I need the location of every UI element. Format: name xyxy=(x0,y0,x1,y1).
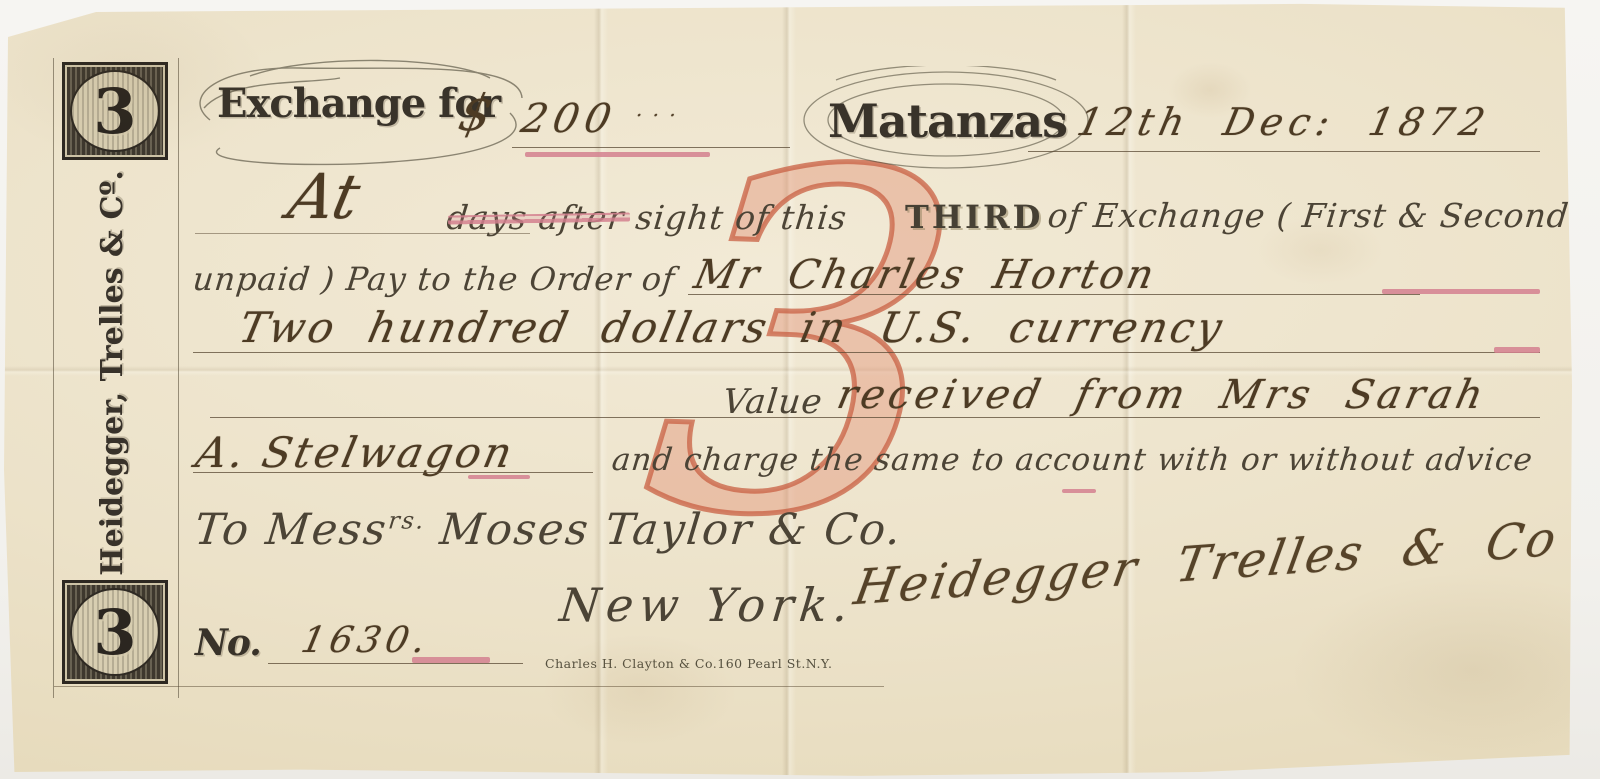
value-label: Value xyxy=(721,382,825,422)
amount-ditto-marks: · · · xyxy=(633,103,680,127)
stamp-circle: 3 xyxy=(72,590,158,674)
drawer-signature: Heidegger Trelles & Co xyxy=(850,510,1563,616)
left-column-border xyxy=(53,58,54,698)
amount-in-words: Two hundred dollars in U.S. currency xyxy=(235,303,1229,352)
to-superscript: rs. xyxy=(387,507,427,535)
drawer-baseline xyxy=(193,472,593,473)
number-red-dash xyxy=(412,657,490,663)
amount-value: 200 · · · xyxy=(517,96,682,142)
amount-baseline xyxy=(512,147,790,148)
unpaid-pay-order-text: unpaid ) Pay to the Order of xyxy=(191,260,677,298)
drawee-city: New York. xyxy=(557,578,857,632)
stamp-numeral: 3 xyxy=(93,596,136,669)
stamp-3-bottom: 3 xyxy=(62,580,168,684)
date-value: 12th Dec: 1872 xyxy=(1073,100,1494,144)
payee-name: Mr Charles Horton xyxy=(690,252,1161,298)
amount-number: 200 xyxy=(517,96,621,142)
third-of-exchange-label: THIRD xyxy=(905,198,1043,236)
number-label: No. xyxy=(195,622,261,664)
charge-line-text: and charge the same to account with or w… xyxy=(610,442,1535,478)
place-label: Matanzas xyxy=(828,94,1067,148)
drawee-line: To Messrs. Moses Taylor & Co. xyxy=(192,505,904,555)
side-company-name: Heidegger, Trelles & Cº. xyxy=(95,158,137,588)
number-baseline xyxy=(268,663,523,664)
drawee-name: Moses Taylor & Co. xyxy=(438,505,905,555)
to-label: To Mess xyxy=(192,505,390,555)
value-received-handwritten: received from Mrs Sarah xyxy=(833,372,1491,418)
stamp-3-top: 3 xyxy=(62,62,168,160)
left-column-border xyxy=(178,58,179,698)
date-baseline xyxy=(1028,151,1540,152)
charge-red-mark xyxy=(1062,489,1096,493)
form-bottom-rule xyxy=(54,686,884,687)
stamp-circle: 3 xyxy=(72,72,158,150)
amount-red-underline xyxy=(525,152,710,157)
amount-words-baseline xyxy=(193,352,1540,353)
printer-imprint: Charles H. Clayton & Co.160 Pearl St.N.Y… xyxy=(545,656,833,671)
amount-words-red-tick xyxy=(1494,347,1540,353)
payee-baseline xyxy=(688,294,1420,295)
scanned-image: 3 Heidegger, Trelles & Cº. 3 3 Exchange … xyxy=(0,0,1600,779)
exchange-line-text: of Exchange ( First & Second xyxy=(1046,196,1571,235)
bill-of-exchange-document: 3 Heidegger, Trelles & Cº. 3 3 Exchange … xyxy=(0,0,1600,779)
number-value: 1630. xyxy=(298,620,435,661)
stamp-numeral: 3 xyxy=(93,75,136,148)
sight-term-handwritten: At xyxy=(282,160,366,233)
payee-red-underline xyxy=(1382,289,1540,294)
drawer-name: A. Stelwagon xyxy=(192,428,520,477)
drawer-red-mark xyxy=(468,475,530,479)
